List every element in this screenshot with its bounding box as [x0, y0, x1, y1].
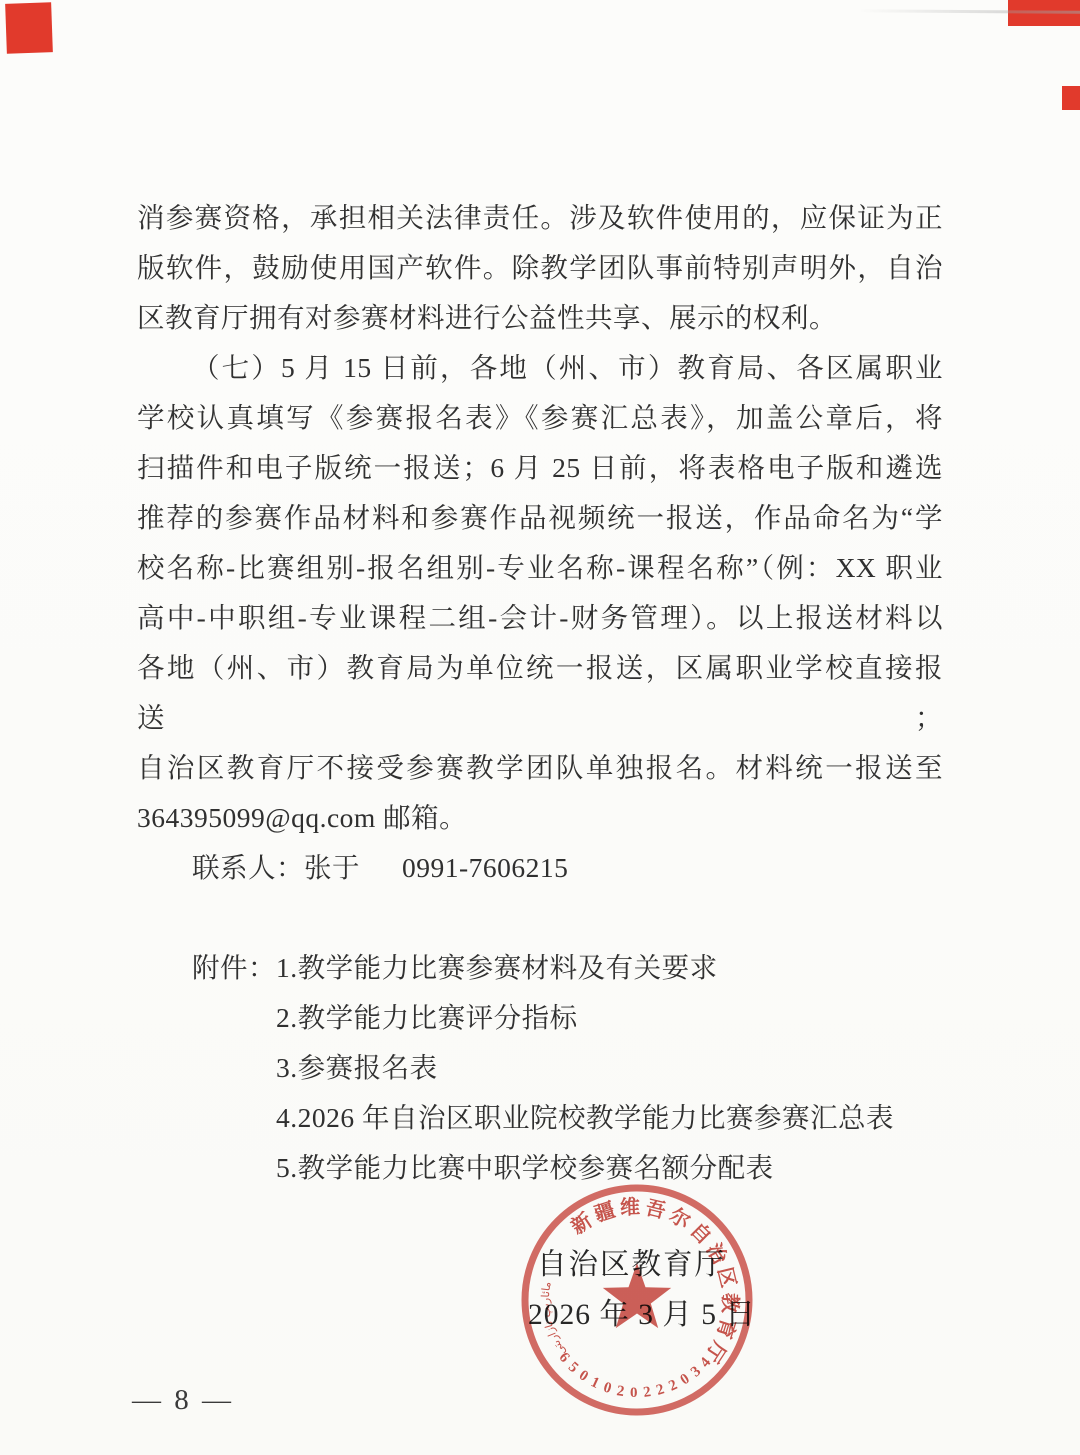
attachments-block: 附件： 1.教学能力比赛参赛材料及有关要求 2.教学能力比赛评分指标 3.参赛报… [137, 943, 943, 1193]
scan-artifact-line [858, 9, 1080, 14]
attachment-item: 3.参赛报名表 [276, 1043, 943, 1093]
contact-phone: 0991-7606215 [402, 852, 568, 883]
body-line: 推荐的参赛作品材料和参赛作品视频统一报送，作品命名为“学 [137, 493, 943, 543]
contact-line: 联系人：张于0991-7606215 [137, 843, 943, 893]
blank-line [137, 893, 943, 943]
page-number: — 8 — [132, 1384, 234, 1417]
body-line: 扫描件和电子版统一报送；6 月 25 日前，将表格电子版和遴选 [137, 443, 943, 493]
body-line-email: 364395099@qq.com 邮箱。 [137, 793, 943, 843]
official-seal: 新疆维吾尔自治区教育厅 مائارىپ نازارىتى 65010202220… [517, 1180, 757, 1420]
attachment-item: 1.教学能力比赛参赛材料及有关要求 [276, 943, 943, 993]
attachment-item: 2.教学能力比赛评分指标 [276, 993, 943, 1043]
body-line: 各地（州、市）教育局为单位统一报送，区属职业学校直接报送； [137, 643, 943, 743]
seal-star-icon [603, 1263, 671, 1328]
body-line: 高中-中职组-专业课程二组-会计-财务管理）。以上报送材料以 [137, 593, 943, 643]
document-page: 消参赛资格，承担相关法律责任。涉及软件使用的，应保证为正 版软件，鼓励使用国产软… [0, 0, 1080, 1455]
body-line: 学校认真填写《参赛报名表》《参赛汇总表》，加盖公章后，将 [137, 393, 943, 443]
attachments-label: 附件： [192, 943, 276, 1193]
seal-uyghur-text: مائارىپ نازارىتى [539, 1280, 569, 1358]
body-line: （七）5 月 15 日前，各地（州、市）教育局、各区属职业 [137, 343, 943, 393]
document-body: 消参赛资格，承担相关法律责任。涉及软件使用的，应保证为正 版软件，鼓励使用国产软… [137, 193, 943, 1193]
body-line: 自治区教育厅不接受参赛教学团队单独报名。材料统一报送至 [137, 743, 943, 793]
red-mark-top-left-icon [5, 2, 53, 54]
body-line: 校名称-比赛组别-报名组别-专业名称-课程名称”（例：XX 职业 [137, 543, 943, 593]
body-line: 消参赛资格，承担相关法律责任。涉及软件使用的，应保证为正 [137, 193, 943, 243]
body-line: 区教育厅拥有对参赛材料进行公益性共享、展示的权利。 [137, 293, 943, 343]
body-line: 版软件，鼓励使用国产软件。除教学团队事前特别声明外，自治 [137, 243, 943, 293]
attachments-list: 1.教学能力比赛参赛材料及有关要求 2.教学能力比赛评分指标 3.参赛报名表 4… [276, 943, 943, 1193]
attachment-item: 4.2026 年自治区职业院校教学能力比赛参赛汇总表 [276, 1093, 943, 1143]
contact-name: 联系人：张于 [192, 852, 360, 883]
red-mark-right-edge-icon [1062, 86, 1080, 110]
